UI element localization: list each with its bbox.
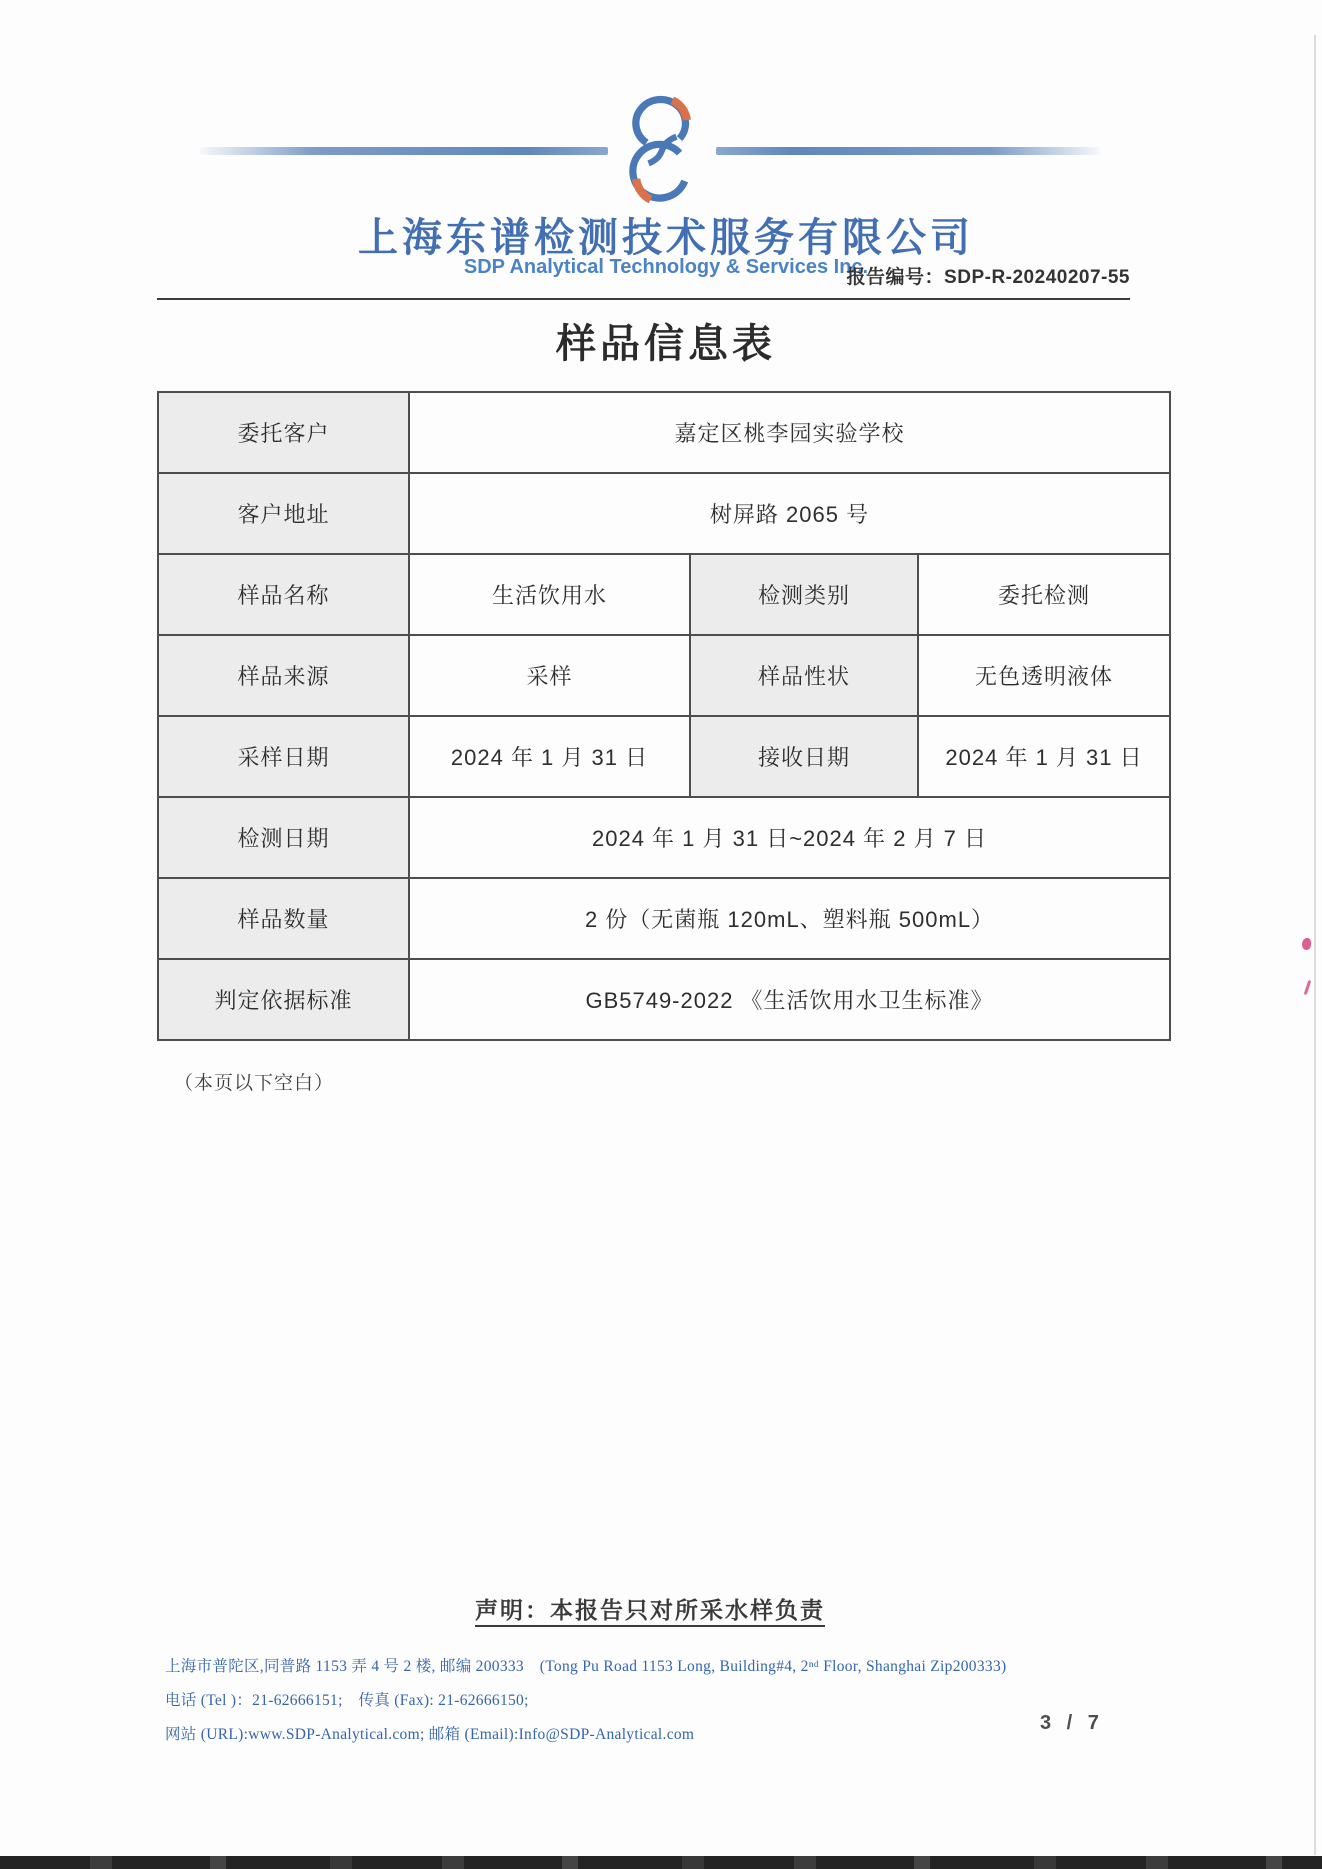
page-number: 3 / 7 (1040, 1712, 1104, 1735)
report-number-value: SDP-R-20240207-55 (944, 267, 1130, 288)
scan-ink-mark (1302, 938, 1311, 950)
scan-ink-mark (1304, 980, 1311, 995)
table-row: 样品数量 2 份（无菌瓶 120mL、塑料瓶 500mL） (158, 878, 1170, 959)
row-label-cell: 客户地址 (158, 473, 409, 554)
row-label-cell: 样品性状 (690, 635, 918, 716)
row-label-cell: 检测日期 (158, 797, 409, 878)
row-value-cell: 2024 年 1 月 31 日 (409, 716, 690, 797)
row-label-cell: 采样日期 (158, 716, 409, 797)
row-value-cell: 采样 (409, 635, 690, 716)
row-value-cell: 2 份（无菌瓶 120mL、塑料瓶 500mL） (409, 878, 1170, 959)
row-value-cell: GB5749-2022 《生活饮用水卫生标准》 (409, 959, 1170, 1040)
row-label-cell: 委托客户 (158, 392, 409, 473)
row-label-cell: 样品名称 (158, 554, 409, 635)
footer-contact: 电话 (Tel )：21-62666151; 传真 (Fax): 21-6266… (165, 1684, 1025, 1718)
declaration-statement: 声明：本报告只对所采水样负责 (140, 1592, 1160, 1625)
table-row: 客户地址 树屏路 2065 号 (158, 473, 1170, 554)
row-label-cell: 样品来源 (158, 635, 409, 716)
row-label-cell: 检测类别 (690, 554, 918, 635)
table-row: 样品来源 采样 样品性状 无色透明液体 (158, 635, 1170, 716)
company-logo-icon (600, 92, 724, 208)
row-value-cell: 无色透明液体 (918, 635, 1170, 716)
footer-web-email: 网站 (URL):www.SDP-Analytical.com; 邮箱 (Ema… (165, 1718, 1025, 1752)
table-row: 委托客户 嘉定区桃李园实验学校 (158, 392, 1170, 473)
row-value-cell: 委托检测 (918, 554, 1170, 635)
report-number-label: 报告编号： (847, 267, 945, 288)
row-label-cell: 判定依据标准 (158, 959, 409, 1040)
page-title: 样品信息表 (161, 312, 1171, 369)
row-value-cell: 2024 年 1 月 31 日~2024 年 2 月 7 日 (409, 797, 1170, 878)
report-number-line: 报告编号：SDP-R-20240207-55 (157, 262, 1130, 300)
table-row: 样品名称 生活饮用水 检测类别 委托检测 (158, 554, 1170, 635)
table-row: 检测日期 2024 年 1 月 31 日~2024 年 2 月 7 日 (158, 797, 1170, 878)
blank-page-note: （本页以下空白） (174, 1068, 334, 1095)
table-row: 采样日期 2024 年 1 月 31 日 接收日期 2024 年 1 月 31 … (158, 716, 1170, 797)
row-value-cell: 树屏路 2065 号 (409, 473, 1170, 554)
company-name-cn: 上海东谱检测技术服务有限公司 (161, 206, 1171, 263)
header-divider-left (200, 147, 608, 155)
row-value-cell: 生活饮用水 (409, 554, 690, 635)
table-row: 判定依据标准 GB5749-2022 《生活饮用水卫生标准》 (158, 959, 1170, 1040)
header-divider-right (716, 147, 1100, 155)
footer-address: 上海市普陀区,同普路 1153 弄 4 号 2 楼, 邮编 200333 (To… (165, 1650, 1025, 1684)
sample-info-table: 委托客户 嘉定区桃李园实验学校 客户地址 树屏路 2065 号 样品名称 生活饮… (157, 391, 1171, 1041)
row-value-cell: 2024 年 1 月 31 日 (918, 716, 1170, 797)
scan-bottom-bar (0, 1856, 1322, 1869)
row-value-cell: 嘉定区桃李园实验学校 (409, 392, 1170, 473)
scan-edge-line (1314, 35, 1316, 1855)
footer-block: 上海市普陀区,同普路 1153 弄 4 号 2 楼, 邮编 200333 (To… (165, 1650, 1025, 1752)
scanned-report-page: 上海东谱检测技术服务有限公司 SDP Analytical Technology… (0, 0, 1322, 1869)
row-label-cell: 接收日期 (690, 716, 918, 797)
row-label-cell: 样品数量 (158, 878, 409, 959)
